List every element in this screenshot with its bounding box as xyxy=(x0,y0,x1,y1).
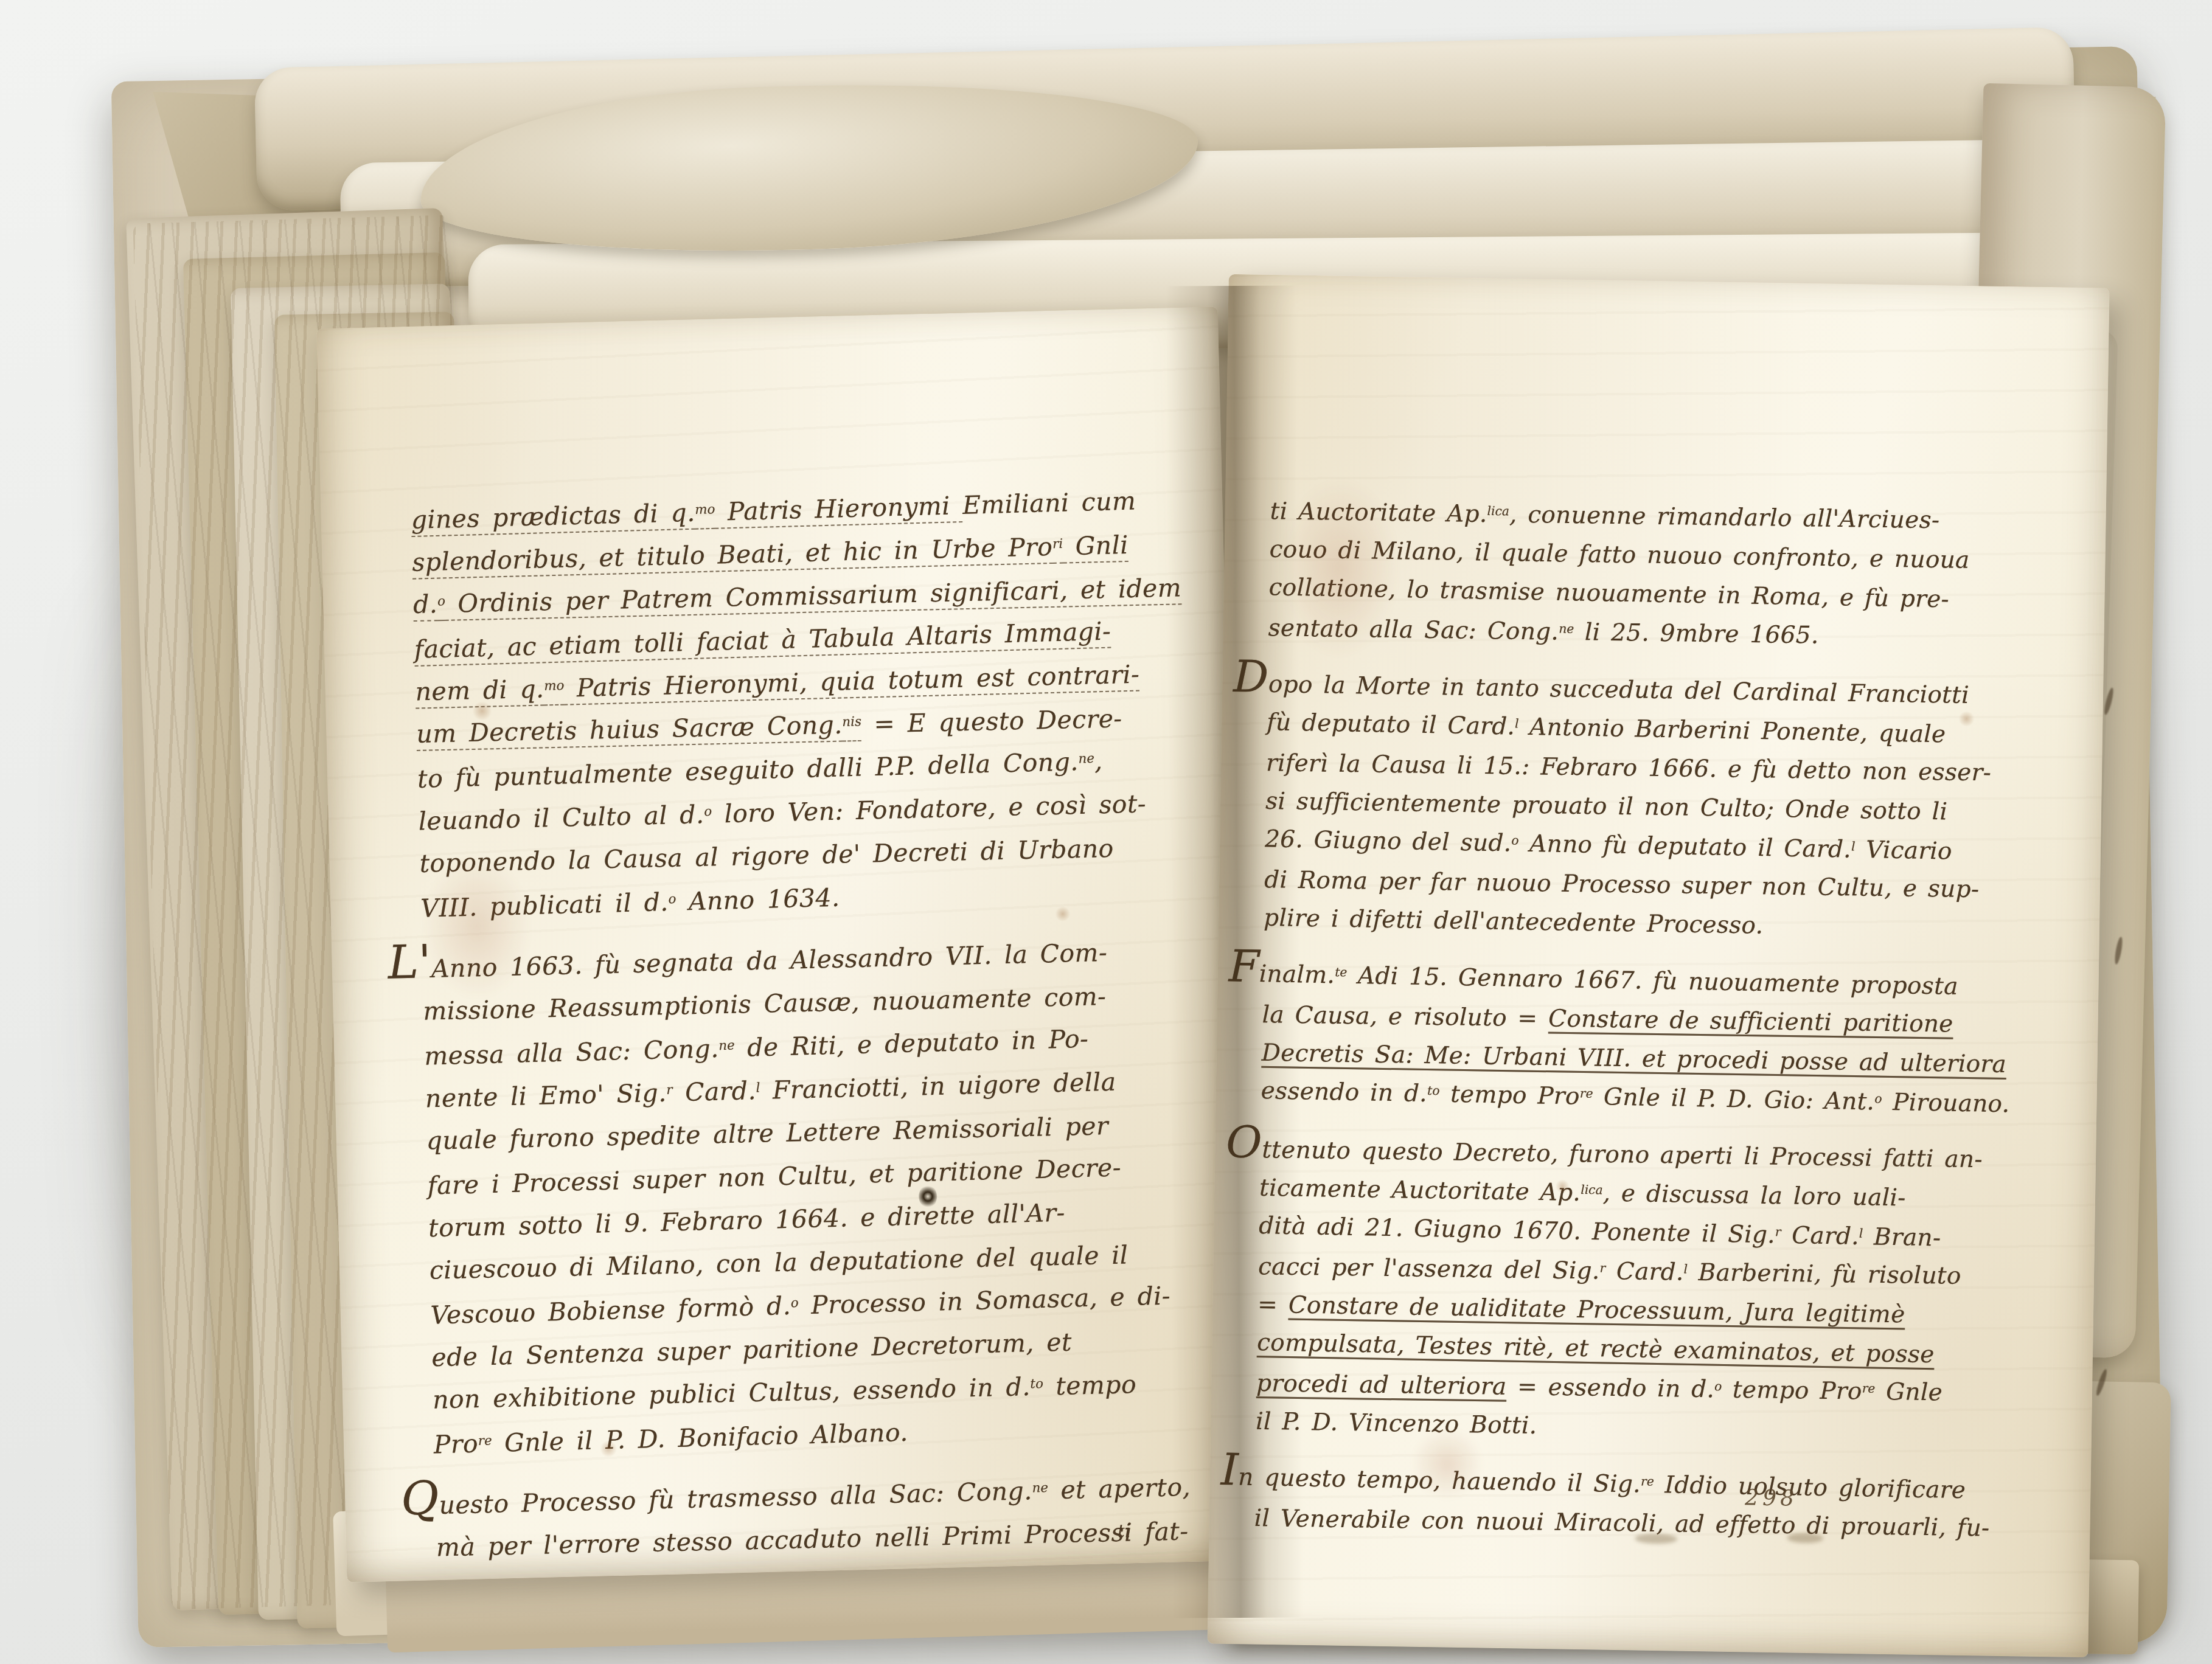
text-segment: Constare de sufficienti paritione xyxy=(1548,1005,1953,1038)
text-segment: fù deputato il Card.l Antonio Barberini … xyxy=(1267,709,1946,748)
text-segment: ticamente Auctoritate Ap.lica, e discuss… xyxy=(1259,1174,1906,1212)
text-segment: VIII. publicati il d.o Anno 1634. xyxy=(420,883,840,923)
text-segment: di Roma per far nuouo Processo super non… xyxy=(1264,866,1980,903)
text-segment: dità adi 21. Giugno 1670. Ponente il Sig… xyxy=(1259,1212,1941,1252)
page-number: 298 xyxy=(1745,1485,1798,1511)
text-segment: couo di Milano, il quale fatto nuouo con… xyxy=(1269,536,1970,574)
text-segment: compulsata, Testes ritè, et rectè examin… xyxy=(1257,1329,1935,1368)
catchword: ti xyxy=(1117,1520,1131,1542)
text-segment: Emiliani cum xyxy=(962,486,1136,520)
text-segment: Constare de ualiditate Processuum, Jura … xyxy=(1288,1292,1905,1329)
text-segment: ti Auctoritate Ap.lica, conuenne rimanda… xyxy=(1270,497,1939,534)
paragraph-initial: Q xyxy=(400,1471,439,1525)
paragraph-initial: L' xyxy=(387,935,431,990)
text-segment: = essendo in d.o tempo Prore Gnle xyxy=(1506,1373,1942,1407)
text-segment: sentato alla Sac: Cong.ne li 25. 9mbre 1… xyxy=(1268,614,1819,649)
text-segment: collatione, lo trasmise nuouamente in Ro… xyxy=(1268,574,1949,613)
text-segment: essendo in d.to tempo Prore Gnle il P. D… xyxy=(1261,1077,2010,1118)
text-segment: ttenuto questo Decreto, furono aperti li… xyxy=(1262,1136,1983,1173)
text-segment: mà per l'errore stesso accaduto nelli Pr… xyxy=(436,1516,1189,1562)
text-segment: = xyxy=(1257,1291,1289,1319)
paragraph-initial: D xyxy=(1233,651,1269,703)
text-segment: cacci per l'assenza del Sig.r Card.l Bar… xyxy=(1258,1253,1961,1290)
text-segment: inalm.te Adi 15. Gennaro 1667. fù nuouam… xyxy=(1259,960,1958,1000)
text-segment: Prore Gnle il P. D. Bonifacio Albano. xyxy=(433,1418,908,1460)
text-segment: Decretis Sa: Me: Urbani VIII. et procedi… xyxy=(1261,1039,2006,1078)
paragraph-initial: I xyxy=(1220,1444,1239,1496)
right-page: ti Auctoritate Ap.lica, conuenne rimanda… xyxy=(1207,274,2109,1657)
paragraph-initial: O xyxy=(1226,1117,1262,1168)
text-segment: il Venerabile con nuoui Miracoli, ad eff… xyxy=(1254,1505,1989,1542)
text-segment: 26. Giugno del sud.o Anno fù deputato il… xyxy=(1265,825,1952,865)
text-segment: si sufficientemente prouato il non Culto… xyxy=(1265,788,1948,826)
paragraph-initial: F xyxy=(1228,941,1260,993)
text-segment: la Causa, e risoluto = xyxy=(1262,1001,1548,1032)
text-segment: gines prædictas di q.mo Patris Hieronymi xyxy=(411,491,963,535)
left-page-text: gines prædictas di q.mo Patris Hieronymi… xyxy=(411,479,1228,1570)
text-segment: procedi ad ulteriora xyxy=(1256,1370,1507,1401)
text-segment: um Decretis huius Sacræ Cong.nis xyxy=(416,710,862,749)
text-segment: n questo tempo, hauendo il Sig.re Iddio … xyxy=(1238,1464,1966,1505)
text-segment: plire i difetti dell'antecedente Process… xyxy=(1264,904,1764,940)
text-segment: opo la Morte in tanto succeduta del Card… xyxy=(1268,671,1970,709)
right-page-text: ti Auctoritate Ap.lica, conuenne rimanda… xyxy=(1254,491,2085,1550)
text-segment: riferì la Causa li 15.: Febraro 1666. e … xyxy=(1266,749,1992,786)
text-segment: = E questo Decre- xyxy=(861,704,1122,738)
text-segment: il P. D. Vincenzo Botti. xyxy=(1256,1408,1537,1440)
left-page: gines prædictas di q.mo Patris Hieronymi… xyxy=(316,307,1248,1583)
